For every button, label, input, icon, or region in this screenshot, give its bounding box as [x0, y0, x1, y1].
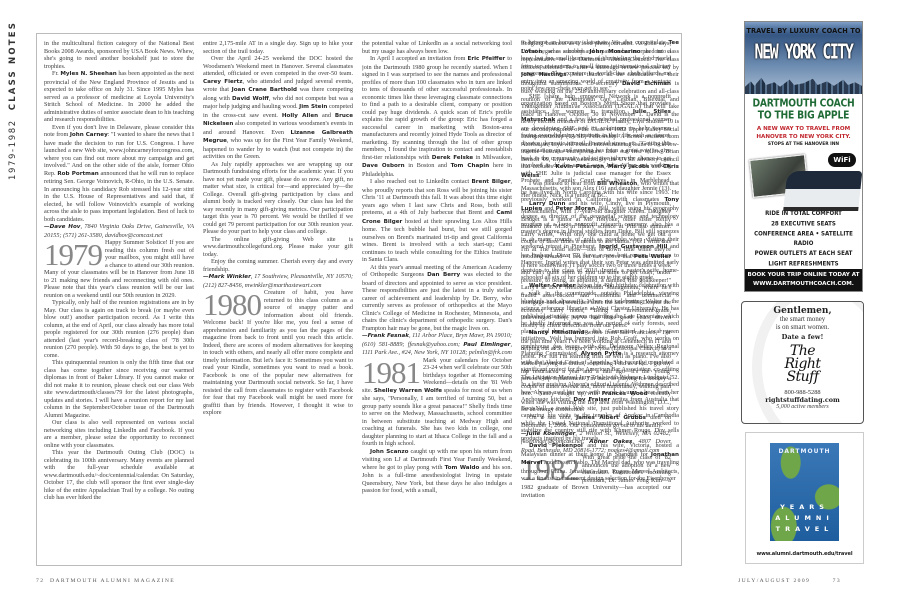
- paragraph: 1979Happy Summer Solstice! If you are re…: [44, 239, 194, 299]
- page-number-right: 73: [833, 578, 841, 584]
- signature: —Frank Fesnak, 111 Arbor Place, Bryn Maw…: [362, 332, 512, 357]
- atlantic-map-image: DARTMOUTH YEARS ALUMNI TRAVEL: [770, 443, 839, 541]
- footer-right: JULY/AUGUST 2009 73: [738, 578, 841, 584]
- paragraph: David Plekenpol and his wife, Victoria, …: [521, 442, 679, 483]
- paragraph: Over the April 24-25 weekend the DOC hos…: [203, 55, 353, 161]
- alumni-travel-ad[interactable]: DARTMOUTH YEARS ALUMNI TRAVEL www.alumni…: [745, 432, 864, 564]
- ad-features: RIDE IN TOTAL COMFORT 28 EXECUTIVE SEATS…: [745, 207, 862, 270]
- column-2: entire 2,175-mile AT in a single day. Si…: [203, 40, 353, 565]
- ad-city: NEW YORK CITY: [745, 40, 862, 64]
- paragraph: Enjoy the coming summer. Cherish every d…: [203, 258, 353, 273]
- ad-url[interactable]: rightstuffdating.com: [742, 396, 863, 404]
- paragraph: John Scanzo caught up with me upon his r…: [362, 448, 512, 495]
- paragraph: This quinquennial reunion is only the fi…: [44, 359, 194, 419]
- paragraph: I was pleased to hear from Bill Wheaton,…: [521, 180, 679, 282]
- paragraph: This year the Dartmouth Outing Club (DOC…: [44, 449, 194, 502]
- paragraph: Even if you don't live in Delaware, plea…: [44, 124, 194, 224]
- classmate-name: John Carney: [70, 132, 108, 138]
- paragraph: the potential value of LinkedIn as a soc…: [362, 40, 512, 55]
- classmate-name: Rob Portman: [57, 171, 98, 177]
- paragraph: Typically, only half of the reunion regi…: [44, 299, 194, 359]
- classmate-name: Myles N. Sheehan: [60, 71, 116, 77]
- city-skyline-image: [745, 76, 862, 94]
- column-1: in the multicultural fiction category of…: [44, 40, 194, 565]
- ad-brand-line-2: TO THE BIG APPLE: [747, 109, 860, 123]
- footer-left: 72 DARTMOUTH ALUMNI MAGAZINE: [36, 578, 175, 584]
- paragraph: The online gift-giving Web site is www.d…: [203, 236, 353, 259]
- ad-phone: 800-988-5288: [742, 389, 863, 396]
- class-year-heading: 1981: [362, 360, 420, 386]
- page-number-left: 72: [36, 578, 44, 584]
- signature: —Mark Winkler, 17 Southview, Pleasantvil…: [203, 273, 353, 289]
- paragraph: to become an honorary classmate. We also…: [521, 39, 679, 180]
- paragraph: As July rapidly approaches we are wrappi…: [203, 161, 353, 236]
- paragraph: Walter Crester began his 49th birthday c…: [521, 282, 679, 443]
- paragraph: entire 2,175-mile AT in a single day. Si…: [203, 40, 353, 55]
- paragraph: 1980Creature of habit, you have returned…: [203, 289, 353, 417]
- section-spine: 1979-1982 CLASS NOTES: [6, 38, 20, 188]
- class-year-heading: 1979: [44, 242, 102, 268]
- right-stuff-logo: The Right Stuff: [773, 345, 833, 384]
- class-year-heading: 1980: [203, 292, 261, 318]
- column-3: the potential value of LinkedIn as a soc…: [362, 40, 512, 565]
- paragraph: At this year's annual meeting of the Ame…: [362, 264, 512, 333]
- ad-tagline-1: A NEW WAY TO TRAVEL FROM: [747, 126, 860, 134]
- paragraph: In April I accepted an invitation from E…: [362, 55, 512, 178]
- column-5: to become an honorary classmate. We also…: [521, 39, 679, 564]
- spine-section: CLASS NOTES: [8, 21, 18, 110]
- paragraph: 1981Mark your calendars for October 23-2…: [362, 357, 512, 448]
- ad-booking-url[interactable]: WWW.DARTMOUTHCOACH.COM.: [745, 280, 862, 289]
- dartmouth-coach-ad-details[interactable]: RIDE IN TOTAL COMFORT 28 EXECUTIVE SEATS…: [744, 211, 863, 292]
- right-stuff-dating-ad[interactable]: Gentlemen, the smart money is on smart w…: [741, 301, 864, 424]
- ad-headline: TRAVEL BY LUXURY COACH TO: [745, 22, 862, 35]
- ad-members: 5,000 active members: [742, 404, 863, 410]
- dartmouth-coach-ad[interactable]: TRAVEL BY LUXURY COACH TO NEW YORK CITY …: [744, 21, 863, 213]
- ad-booking-bar[interactable]: BOOK YOUR TRIP ONLINE TODAY AT WWW.DARTM…: [745, 269, 862, 291]
- ad-banner-skyline: TRAVEL BY LUXURY COACH TO NEW YORK CITY: [745, 22, 862, 94]
- signature: —Dave Hov, 7840 Virginia Oaks Drive, Gai…: [44, 223, 194, 239]
- ad-tagline-2: HANOVER TO NEW YORK CITY.: [747, 134, 860, 142]
- magazine-title: DARTMOUTH ALUMNI MAGAZINE: [50, 578, 175, 584]
- coach-photo: WiFi: [745, 151, 862, 213]
- wifi-icon: WiFi: [828, 153, 856, 167]
- paragraph: Our class is also well represented on va…: [44, 419, 194, 449]
- ad-stops: STOPS AT THE HANOVER INN: [747, 142, 860, 147]
- ad-url[interactable]: www.alumni.dartmouth.edu/travel: [746, 551, 863, 557]
- paragraph: Fr. Myles N. Sheehan has been appointed …: [44, 70, 194, 124]
- issue-date: JULY/AUGUST 2009: [738, 578, 810, 584]
- paragraph: I also reached out to LinkedIn contact B…: [362, 178, 512, 264]
- paragraph: in the multicultural fiction category of…: [44, 40, 194, 70]
- spine-years: 1979-1982: [8, 119, 18, 180]
